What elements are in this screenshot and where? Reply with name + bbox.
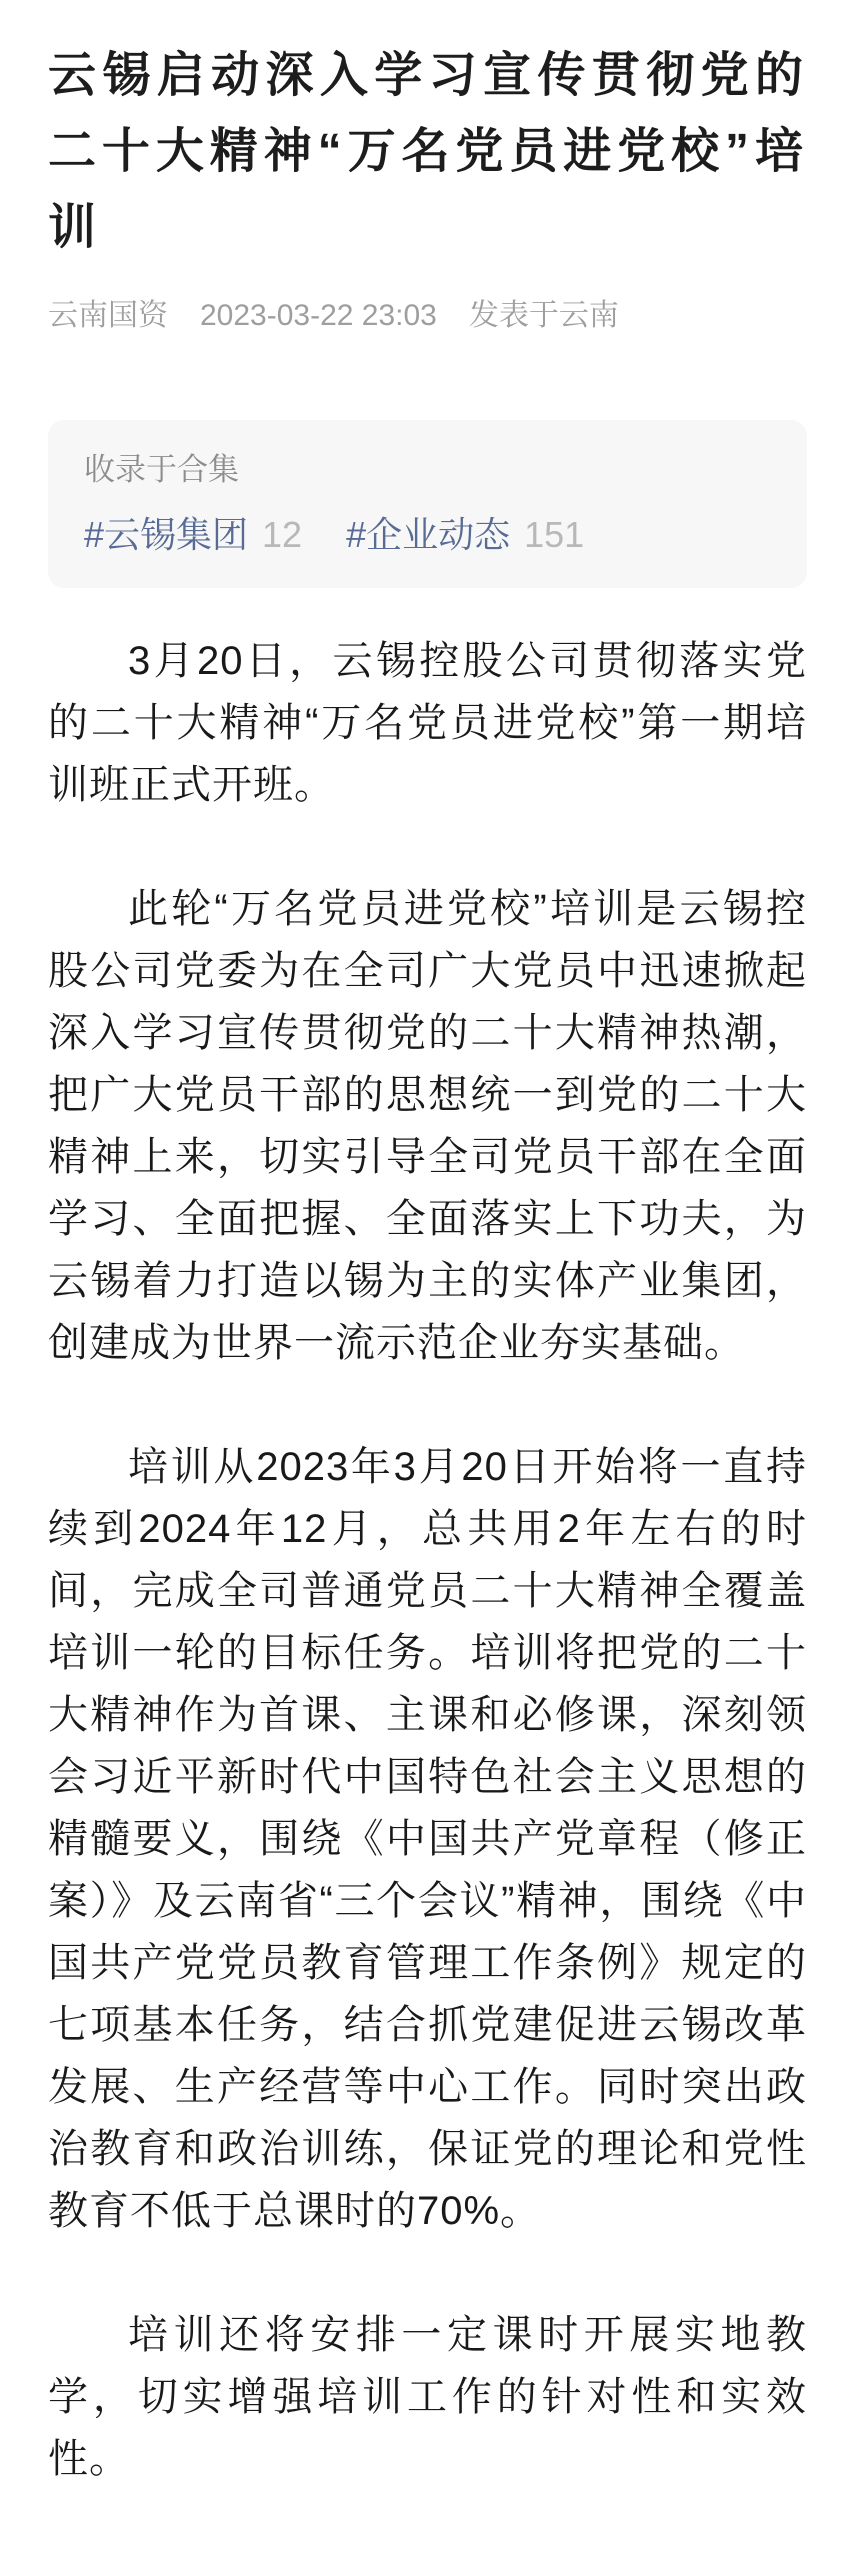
collection-card[interactable]: 收录于合集 #云锡集团 12 #企业动态 151: [48, 420, 807, 588]
hashtag-link[interactable]: #云锡集团: [84, 512, 248, 558]
paragraph: 3月20日，云锡控股公司贯彻落实党的二十大精神“万名党员进党校”第一期培训班正式…: [48, 630, 807, 816]
collection-tag-list: #云锡集团 12 #企业动态 151: [84, 512, 771, 558]
collection-tag-item: #云锡集团 12: [84, 512, 302, 558]
article-page: 云锡启动深入学习宣传贯彻党的二十大精神“万名党员进党校”培训 云南国资 2023…: [0, 0, 855, 2560]
byline: 云南国资 2023-03-22 23:03 发表于云南: [48, 296, 807, 336]
paragraph: 此轮“万名党员进党校”培训是云锡控股公司党委为在全司广大党员中迅速掀起深入学习宣…: [48, 878, 807, 1374]
publish-location: 发表于云南: [469, 296, 619, 336]
collection-tag-item: #企业动态 151: [346, 512, 584, 558]
article-title: 云锡启动深入学习宣传贯彻党的二十大精神“万名党员进党校”培训: [48, 0, 807, 266]
publish-time: 2023-03-22 23:03: [200, 296, 437, 336]
account-name-link[interactable]: 云南国资: [48, 296, 168, 336]
hashtag-count: 12: [262, 512, 302, 558]
paragraph: 培训从2023年3月20日开始将一直持续到2024年12月，总共用2年左右的时间…: [48, 1436, 807, 2242]
collection-label: 收录于合集: [84, 450, 771, 490]
hashtag-count: 151: [524, 512, 584, 558]
article-body: 3月20日，云锡控股公司贯彻落实党的二十大精神“万名党员进党校”第一期培训班正式…: [48, 630, 807, 2490]
paragraph: 培训还将安排一定课时开展实地教学，切实增强培训工作的针对性和实效性。: [48, 2304, 807, 2490]
hashtag-link[interactable]: #企业动态: [346, 512, 510, 558]
